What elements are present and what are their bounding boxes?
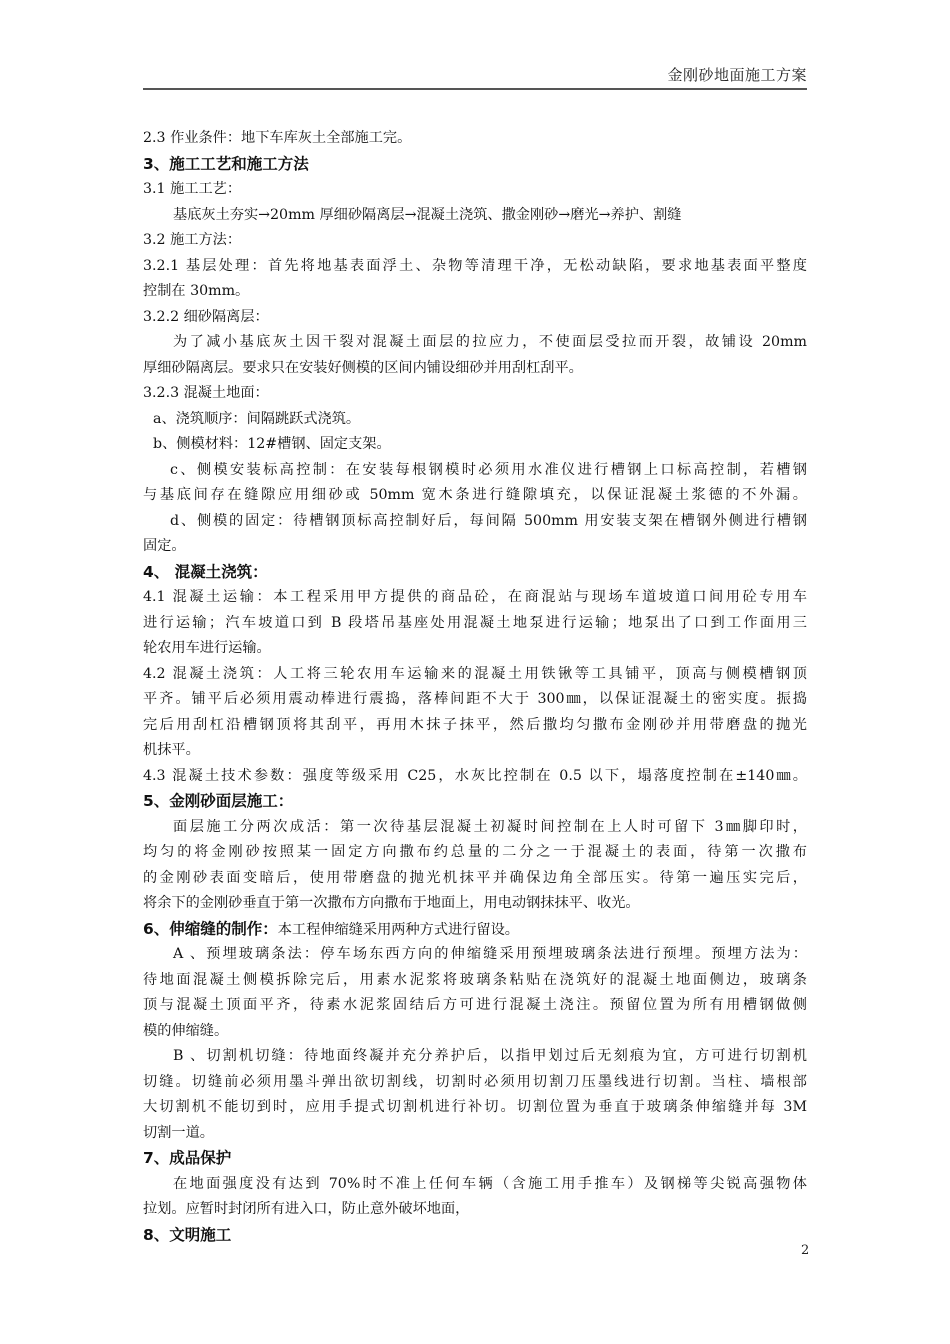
paragraph-line: 3.2.3 混凝土地面： xyxy=(143,381,807,407)
paragraph-line: c、侧模安装标高控制：在安装每根钢模时必须用水准仪进行槽钢上口标高控制，若槽钢 xyxy=(143,458,807,484)
paragraph-line: 基底灰土夯实→20mm 厚细砂隔离层→混凝土浇筑、撒金刚砂→磨光→养护、割缝 xyxy=(143,203,807,229)
paragraph-line: 进行运输；汽车坡道口到 B 段塔吊基座处用混凝土地泵进行运输；地泵出了口到工作面… xyxy=(143,611,807,637)
paragraph-line: 切缝。切缝前必须用墨斗弹出欲切割线，切割时必须用切割刀压墨线进行切割。当柱、墙根… xyxy=(143,1070,807,1096)
section-heading: 8、文明施工 xyxy=(143,1223,807,1249)
paragraph-line: 将余下的金刚砂垂直于第一次撒布方向撒布于地面上，用电动钢抹抹平、收光。 xyxy=(143,891,807,917)
section-heading-inline: 6、伸缩缝的制作：本工程伸缩缝采用两种方式进行留设。 xyxy=(143,917,807,943)
paragraph-line: 4.3 混凝土技术参数：强度等级采用 C25，水灰比控制在 0.5 以下，塌落度… xyxy=(143,764,807,790)
paragraph-line: 在地面强度没有达到 70%时不准上任何车辆（含施工用手推车）及钢梯等尖锐高强物体 xyxy=(143,1172,807,1198)
paragraph-line: 轮农用车进行运输。 xyxy=(143,636,807,662)
paragraph-line: 拉划。应暂时封闭所有进入口，防止意外破坏地面， xyxy=(143,1197,807,1223)
paragraph-line: 机抹平。 xyxy=(143,738,807,764)
paragraph-line: 3.2.1 基层处理：首先将地基表面浮土、杂物等清理干净，无松动缺陷，要求地基表… xyxy=(143,254,807,280)
paragraph-line: 面层施工分两次成活：第一次待基层混凝土初凝时间控制在上人时可留下 3㎜脚印时， xyxy=(143,815,807,841)
section-heading-label: 6、伸缩缝的制作： xyxy=(143,920,278,938)
paragraph-line: 切割一道。 xyxy=(143,1121,807,1147)
paragraph-line: 的金刚砂表面变暗后，使用带磨盘的抛光机抹平并确保边角全部压实。待第一遍压实完后， xyxy=(143,866,807,892)
paragraph-line: 大切割机不能切到时，应用手提式切割机进行补切。切割位置为垂直于玻璃条伸缩缝并每 … xyxy=(143,1095,807,1121)
header-rule xyxy=(143,88,807,90)
paragraph-line: 完后用刮杠沿槽钢顶将其刮平，再用木抹子抹平，然后撒均匀撒布金刚砂并用带磨盘的抛光 xyxy=(143,713,807,739)
paragraph-line: 与基底间存在缝隙应用细砂或 50mm 宽木条进行缝隙填充，以保证混凝土浆德的不外… xyxy=(143,483,807,509)
paragraph-line: d、侧模的固定：待槽钢顶标高控制好后，每间隔 500mm 用安装支架在槽钢外侧进… xyxy=(143,509,807,535)
page-number: 2 xyxy=(801,1243,809,1258)
paragraph-line: A 、预埋玻璃条法：停车场东西方向的伸缩缝采用预埋玻璃条法进行预埋。预埋方法为： xyxy=(143,942,807,968)
paragraph-line: 平齐。铺平后必须用震动棒进行震捣，落棒间距不大于 300㎜，以保证混凝土的密实度… xyxy=(143,687,807,713)
paragraph-line: 为了减小基底灰土因干裂对混凝土面层的拉应力，不使面层受拉而开裂，故铺设 20mm xyxy=(143,330,807,356)
section-heading: 3、施工工艺和施工方法 xyxy=(143,152,807,178)
section-heading-text: 本工程伸缩缝采用两种方式进行留设。 xyxy=(278,922,519,938)
paragraph-line: 厚细砂隔离层。要求只在安装好侧模的区间内铺设细砂并用刮杠刮平。 xyxy=(143,356,807,382)
paragraph-line: 固定。 xyxy=(143,534,807,560)
document-body: 2.3 作业条件：地下车库灰土全部施工完。3、施工工艺和施工方法3.1 施工工艺… xyxy=(143,126,807,1248)
paragraph-line: a、浇筑顺序：间隔跳跃式浇筑。 xyxy=(143,407,807,433)
paragraph-line: 4.2 混凝土浇筑：人工将三轮农用车运输来的混凝土用铁锹等工具铺平，顶高与侧模槽… xyxy=(143,662,807,688)
section-heading: 5、金刚砂面层施工： xyxy=(143,789,807,815)
section-heading: 4、 混凝土浇筑： xyxy=(143,560,807,586)
section-heading: 7、成品保护 xyxy=(143,1146,807,1172)
paragraph-line: 模的伸缩缝。 xyxy=(143,1019,807,1045)
paragraph-line: 3.1 施工工艺： xyxy=(143,177,807,203)
paragraph-line: b、侧模材料：12#槽钢、固定支架。 xyxy=(143,432,807,458)
paragraph-line: B 、切割机切缝：待地面终凝并充分养护后，以指甲划过后无刻痕为宜，方可进行切割机 xyxy=(143,1044,807,1070)
paragraph-line: 2.3 作业条件：地下车库灰土全部施工完。 xyxy=(143,126,807,152)
paragraph-line: 控制在 30mm。 xyxy=(143,279,807,305)
paragraph-line: 3.2 施工方法： xyxy=(143,228,807,254)
document-page: 金刚砂地面施工方案 2.3 作业条件：地下车库灰土全部施工完。3、施工工艺和施工… xyxy=(0,0,950,1344)
running-header-title: 金刚砂地面施工方案 xyxy=(667,64,807,85)
paragraph-line: 4.1 混凝土运输：本工程采用甲方提供的商品砼，在商混站与现场车道坡道口间用砼专… xyxy=(143,585,807,611)
paragraph-line: 待地面混凝土侧模拆除完后，用素水泥浆将玻璃条粘贴在浇筑好的混凝土地面侧边，玻璃条 xyxy=(143,968,807,994)
paragraph-line: 均匀的将金刚砂按照某一固定方向撒布约总量的二分之一于混凝土的表面，待第一次撒布 xyxy=(143,840,807,866)
paragraph-line: 顶与混凝土顶面平齐，待素水泥浆固结后方可进行混凝土浇注。预留位置为所有用槽钢做侧 xyxy=(143,993,807,1019)
paragraph-line: 3.2.2 细砂隔离层： xyxy=(143,305,807,331)
